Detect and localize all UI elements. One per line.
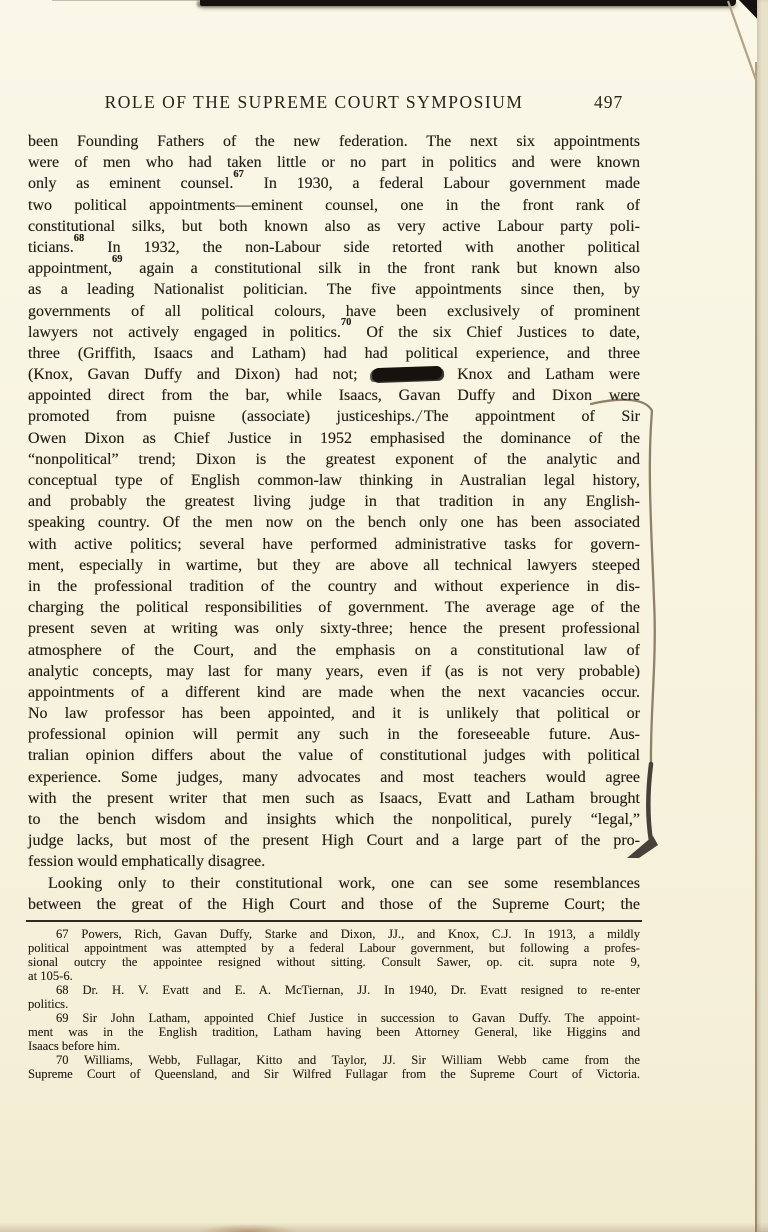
text-line: at 105-6. <box>28 969 640 983</box>
margin-pencil-bracket-bottom <box>648 764 651 841</box>
text-line: atmosphere of the Court, and the emphasi… <box>28 640 640 661</box>
text-line: with the present writer that men such as… <box>28 788 640 809</box>
page-edge-line <box>755 62 757 1232</box>
text-line: Supreme Court of Queensland, and Sir Wil… <box>28 1067 640 1081</box>
text-line: experience. Some judges, many advocates … <box>28 767 640 788</box>
text-line: ment, especially in wartime, but they ar… <box>28 555 640 576</box>
text-line: lawyers not actively engaged in politics… <box>28 322 640 343</box>
text-line: appointed direct from the bar, while Isa… <box>28 385 640 406</box>
text-line: professional opinion will permit any suc… <box>28 724 640 745</box>
text-line: Isaacs before him. <box>28 1039 640 1053</box>
footnote-reference: 69 <box>112 254 123 265</box>
text-line: only as eminent counsel.67 In 1930, a fe… <box>28 173 640 194</box>
bottom-edge-shadow <box>0 1222 768 1232</box>
footnote: 70 Williams, Webb, Fullagar, Kitto and T… <box>28 1053 640 1081</box>
text-line: “nonpolitical” trend; Dixon is the great… <box>28 449 640 470</box>
page-title: ROLE OF THE SUPREME COURT SYMPOSIUM <box>28 92 600 113</box>
text-line: been Founding Fathers of the new federat… <box>28 131 640 152</box>
text-line: were of men who had taken little or no p… <box>28 152 640 173</box>
page-curl-line <box>728 1 756 80</box>
text-line: analytic concepts, may last for many yea… <box>28 661 640 682</box>
footnote-rule <box>26 920 642 922</box>
text-line: as a leading Nationalist politician. The… <box>28 279 640 300</box>
text-line: judge lacks, but most of the present Hig… <box>28 830 640 851</box>
pencil-slash-mark: / <box>415 407 424 428</box>
text-line: 69 Sir John Latham, appointed Chief Just… <box>28 1011 640 1025</box>
text-line: in the professional tradition of the cou… <box>28 576 640 597</box>
text-line: constitutional silks, but both known als… <box>28 216 640 237</box>
text-line: speaking country. Of the men now on the … <box>28 512 640 533</box>
top-edge-faint-line <box>52 0 202 1</box>
text-line: present seven at writing was only sixty-… <box>28 618 640 639</box>
text-line: charging the political responsibilities … <box>28 597 640 618</box>
text-line: 67 Powers, Rich, Gavan Duffy, Starke and… <box>28 927 640 941</box>
text-line: 70 Williams, Webb, Fullagar, Kitto and T… <box>28 1053 640 1067</box>
text-line: Owen Dixon as Chief Justice in 1952 emph… <box>28 428 640 449</box>
footnote-reference: 68 <box>74 233 85 244</box>
text-line: three (Griffith, Isaacs and Latham) had … <box>28 343 640 364</box>
text-line: Looking only to their constitutional wor… <box>28 873 640 894</box>
page-header: ROLE OF THE SUPREME COURT SYMPOSIUM 497 <box>28 92 640 116</box>
text-line: to the bench wisdom and insights which t… <box>28 809 640 830</box>
footnotes: 67 Powers, Rich, Gavan Duffy, Starke and… <box>28 927 640 1081</box>
text-line: fession would emphatically disagree. <box>28 851 640 872</box>
footnote: 69 Sir John Latham, appointed Chief Just… <box>28 1011 640 1053</box>
text-line: with active politics; several have perfo… <box>28 534 640 555</box>
text-line: No law professor has been appointed, and… <box>28 703 640 724</box>
page-number: 497 <box>594 92 623 113</box>
text-line: politics. <box>28 997 640 1011</box>
footnote-reference: 67 <box>233 169 244 180</box>
footnote: 67 Powers, Rich, Gavan Duffy, Starke and… <box>28 927 640 983</box>
text-line: promoted from puisne (associate) justice… <box>28 406 640 427</box>
text-line: appointments of a different kind are mad… <box>28 682 640 703</box>
text-line: sional outcry the appointee resigned wit… <box>28 955 640 969</box>
scanned-book-page: { "page": { "paper_color": "#f8f4e0", "i… <box>0 0 768 1232</box>
text-line: (Knox, Gavan Duffy and Dixon) had not; K… <box>28 364 640 385</box>
scribbled-out-word <box>372 366 442 381</box>
text-line: and probably the greatest living judge i… <box>28 491 640 512</box>
page-underlay-strip <box>757 0 768 1232</box>
paragraph: Looking only to their constitutional wor… <box>28 873 640 915</box>
text-line: appointment,69 again a constitutional si… <box>28 258 640 279</box>
footnote: 68 Dr. H. V. Evatt and E. A. McTiernan, … <box>28 983 640 1011</box>
paragraph: been Founding Fathers of the new federat… <box>28 131 640 873</box>
text-line: governments of all political colours, ha… <box>28 301 640 322</box>
text-line: conceptual type of English common-law th… <box>28 470 640 491</box>
text-line: ment was in the English tradition, Latha… <box>28 1025 640 1039</box>
top-right-corner-shadow <box>739 0 768 30</box>
footnote-reference: 70 <box>341 317 352 328</box>
text-line: between the great of the High Court and … <box>28 894 640 915</box>
bottom-edge-smudge <box>198 1224 298 1232</box>
text-line: two political appointments—eminent couns… <box>28 195 640 216</box>
text-line: 68 Dr. H. V. Evatt and E. A. McTiernan, … <box>28 983 640 997</box>
top-edge-shadow <box>200 0 736 6</box>
text-line: tralian opinion differs about the value … <box>28 745 640 766</box>
body-text: been Founding Fathers of the new federat… <box>28 131 640 915</box>
text-line: political appointment was attempted by a… <box>28 941 640 955</box>
